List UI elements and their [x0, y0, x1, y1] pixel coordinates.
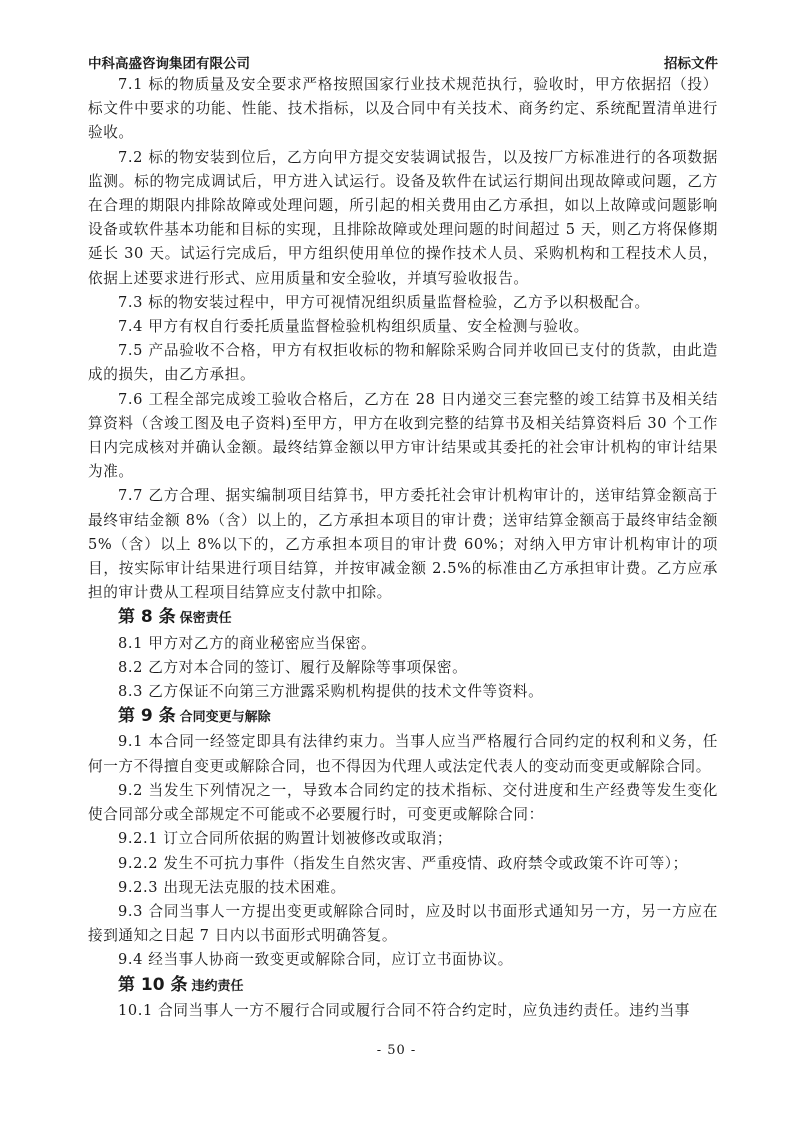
document-body: 7.1 标的物质量及安全要求严格按照国家行业技术规范执行，验收时，甲方依据招（投… — [88, 73, 718, 1023]
clause-10-1: 10.1 合同当事人一方不履行合同或履行合同不符合约定时，应负违约责任。违约当事 — [88, 999, 718, 1023]
section-title: 违约责任 — [192, 979, 244, 994]
section-number: 第 10 条 — [118, 975, 188, 995]
document-type: 招标文件 — [664, 52, 718, 72]
clause-8-3: 8.3 乙方保证不向第三方泄露采购机构提供的技术文件等资料。 — [88, 680, 718, 704]
section-title: 保密责任 — [180, 611, 232, 626]
section-heading-8: 第 8 条保密责任 — [88, 605, 718, 631]
section-number: 第 9 条 — [118, 706, 176, 726]
clause-7-5: 7.5 产品验收不合格，甲方有权拒收标的物和解除采购合同并收回已支付的货款，由此… — [88, 339, 718, 387]
page-number: - 50 - — [0, 1043, 793, 1058]
clause-9-2-1: 9.2.1 订立合同所依据的购置计划被修改或取消； — [88, 827, 718, 851]
clause-9-2-2: 9.2.2 发生不可抗力事件（指发生自然灾害、严重疫情、政府禁令或政策不许可等）… — [88, 852, 718, 876]
section-heading-10: 第 10 条违约责任 — [88, 973, 718, 999]
clause-9-3: 9.3 合同当事人一方提出变更或解除合同时，应及时以书面形式通知另一方，另一方应… — [88, 900, 718, 948]
section-number: 第 8 条 — [118, 607, 176, 627]
clause-8-2: 8.2 乙方对本合同的签订、履行及解除等事项保密。 — [88, 656, 718, 680]
clause-9-4: 9.4 经当事人协商一致变更或解除合同，应订立书面协议。 — [88, 948, 718, 972]
section-title: 合同变更与解除 — [180, 710, 271, 725]
clause-7-1: 7.1 标的物质量及安全要求严格按照国家行业技术规范执行，验收时，甲方依据招（投… — [88, 73, 718, 146]
clause-7-3: 7.3 标的物安装过程中，甲方可视情况组织质量监督检验，乙方予以积极配合。 — [88, 291, 718, 315]
clause-8-1: 8.1 甲方对乙方的商业秘密应当保密。 — [88, 632, 718, 656]
section-heading-9: 第 9 条合同变更与解除 — [88, 704, 718, 730]
clause-7-4: 7.4 甲方有权自行委托质量监督检验机构组织质量、安全检测与验收。 — [88, 315, 718, 339]
clause-9-1: 9.1 本合同一经签定即具有法律约束力。当事人应当严格履行合同约定的权利和义务，… — [88, 730, 718, 778]
clause-9-2-3: 9.2.3 出现无法克服的技术困难。 — [88, 876, 718, 900]
page-header: 中科高盛咨询集团有限公司 招标文件 — [88, 52, 718, 72]
clause-7-7: 7.7 乙方合理、据实编制项目结算书，甲方委托社会审计机构审计的，送审结算金额高… — [88, 484, 718, 605]
clause-7-6: 7.6 工程全部完成竣工验收合格后，乙方在 28 日内递交三套完整的竣工结算书及… — [88, 388, 718, 485]
company-name: 中科高盛咨询集团有限公司 — [88, 52, 250, 72]
clause-7-2: 7.2 标的物安装到位后，乙方向甲方提交安装调试报告，以及按厂方标准进行的各项数… — [88, 146, 718, 291]
clause-9-2: 9.2 当发生下列情况之一，导致本合同约定的技术指标、交付进度和生产经费等发生变… — [88, 779, 718, 827]
